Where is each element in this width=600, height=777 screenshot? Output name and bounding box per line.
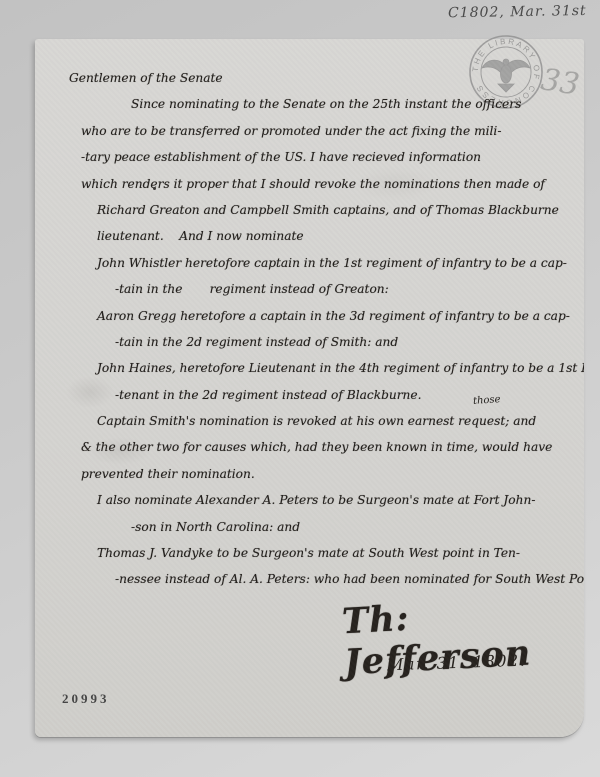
letter-line: prevented their nomination. [69, 461, 584, 487]
archival-date-annotation: C1802, Mar. 31st [448, 3, 598, 22]
letter-line: Captain Smith's nomination is revoked at… [69, 408, 584, 434]
letter-line: lieutenant. And I now nominate [69, 223, 584, 249]
letter-line: Gentlemen of the Senate [69, 65, 584, 91]
letter-line: -son in North Carolina: and [69, 514, 584, 540]
letter-line: Thomas J. Vandyke to be Surgeon's mate a… [69, 540, 584, 566]
letter-line: Aaron Gregg heretofore a captain in the … [69, 303, 584, 329]
letter-line: John Whistler heretofore captain in the … [69, 250, 584, 276]
letter-line: which renders it proper that I should re… [69, 171, 584, 197]
letter-paper: THE LIBRARY OF CONGRESS 33 Gentlemen of … [35, 39, 584, 737]
archive-number-stamp: 20993 [62, 691, 110, 707]
inserted-word-those: those [473, 394, 501, 407]
letter-line: & the other two for causes which, had th… [69, 434, 584, 460]
letter-body: Gentlemen of the SenateSince nominating … [69, 65, 584, 613]
letter-line: Richard Greaton and Campbell Smith capta… [69, 197, 584, 223]
letter-line: who are to be transferred or promoted un… [69, 118, 584, 144]
letter-line: I also nominate Alexander A. Peters to b… [69, 487, 584, 513]
letter-line: -tenant in the 2d regiment instead of Bl… [69, 382, 584, 408]
letter-line: -tain in the 2d regiment instead of Smit… [69, 329, 584, 355]
scanned-letter: C1802, Mar. 31st THE LIBRARY OF CONGRESS… [0, 0, 600, 777]
letter-line: John Haines, heretofore Lieutenant in th… [69, 355, 584, 381]
ink-speck [153, 187, 156, 190]
letter-line: -tain in the regiment instead of Greaton… [69, 276, 584, 302]
letter-line: -nessee instead of Al. A. Peters: who ha… [69, 566, 584, 592]
letter-line: -tary peace establishment of the US. I h… [69, 144, 584, 170]
letter-line: Since nominating to the Senate on the 25… [69, 91, 584, 117]
